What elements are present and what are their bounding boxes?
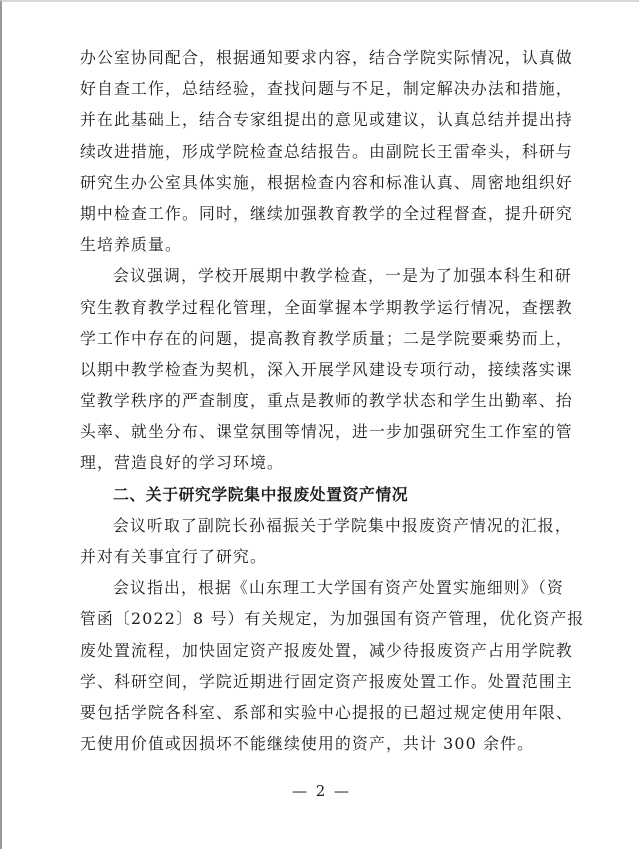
- document-body: 办公室协同配合，根据通知要求内容，结合学院实际情况，认真做 好自查工作，总结经验…: [80, 42, 570, 759]
- text-line: 学工作中存在的问题，提高教育教学质量；二是学院要乘势而上，: [80, 323, 570, 354]
- page-number: — 2 —: [2, 782, 639, 800]
- text-line: 学、科研空间，学院近期进行固定资产报废处置工作。处置范围主: [80, 666, 570, 697]
- text-line: 期中检查工作。同时，继续加强教育教学的全过程督查，提升研究: [80, 198, 570, 229]
- document-page: 办公室协同配合，根据通知要求内容，结合学院实际情况，认真做 好自查工作，总结经验…: [0, 0, 639, 849]
- paragraph-self-inspection: 办公室协同配合，根据通知要求内容，结合学院实际情况，认真做 好自查工作，总结经验…: [80, 42, 570, 260]
- text-line: 会议强调，学校开展期中教学检查，一是为了加强本科生和研: [80, 260, 570, 291]
- text-line: 会议指出，根据《山东理工大学国有资产处置实施细则》（资: [80, 572, 570, 603]
- text-line: 头率、就坐分布、课堂氛围等情况，进一步加强研究生工作室的管: [80, 416, 570, 447]
- paragraph-asset-disposal: 会议指出，根据《山东理工大学国有资产处置实施细则》（资 管函〔2022〕8 号）…: [80, 572, 570, 759]
- text-line: 研究生办公室具体实施，根据检查内容和标准认真、周密地组织好: [80, 167, 570, 198]
- text-line: 究生教育教学过程化管理，全面掌握本学期教学运行情况，查摆教: [80, 292, 570, 323]
- text-line: 并在此基础上，结合专家组提出的意见或建议，认真总结并提出持: [80, 104, 570, 135]
- text-line: 要包括学院各科室、系部和实验中心提报的已超过规定使用年限、: [80, 697, 570, 728]
- text-line: 管函〔2022〕8 号）有关规定，为加强国有资产管理，优化资产报: [80, 603, 570, 634]
- text-line: 好自查工作，总结经验，查找问题与不足，制定解决办法和措施，: [80, 73, 570, 104]
- text-line: 续改进措施，形成学院检查总结报告。由副院长王雷牵头，科研与: [80, 136, 570, 167]
- section-heading-text: 二、关于研究学院集中报废处置资产情况: [80, 479, 570, 510]
- text-line: 理，营造良好的学习环境。: [80, 447, 570, 478]
- text-line: 并对有关事宜行了研究。: [80, 541, 570, 572]
- section-heading: 二、关于研究学院集中报废处置资产情况: [80, 479, 570, 510]
- text-line: 废处置流程，加快固定资产报废处置，减少待报废资产占用学院教: [80, 635, 570, 666]
- text-line: 堂教学秩序的严查制度，重点是教师的教学状态和学生出勤率、抬: [80, 385, 570, 416]
- text-line: 会议听取了副院长孙福振关于学院集中报废资产情况的汇报，: [80, 510, 570, 541]
- text-line: 以期中教学检查为契机，深入开展学风建设专项行动，接续落实课: [80, 354, 570, 385]
- text-line: 生培养质量。: [80, 229, 570, 260]
- paragraph-report-heard: 会议听取了副院长孙福振关于学院集中报废资产情况的汇报， 并对有关事宜行了研究。: [80, 510, 570, 572]
- text-line: 办公室协同配合，根据通知要求内容，结合学院实际情况，认真做: [80, 42, 570, 73]
- text-line: 无使用价值或因损坏不能继续使用的资产，共计 300 余件。: [80, 728, 570, 759]
- paragraph-meeting-emphasis: 会议强调，学校开展期中教学检查，一是为了加强本科生和研 究生教育教学过程化管理，…: [80, 260, 570, 478]
